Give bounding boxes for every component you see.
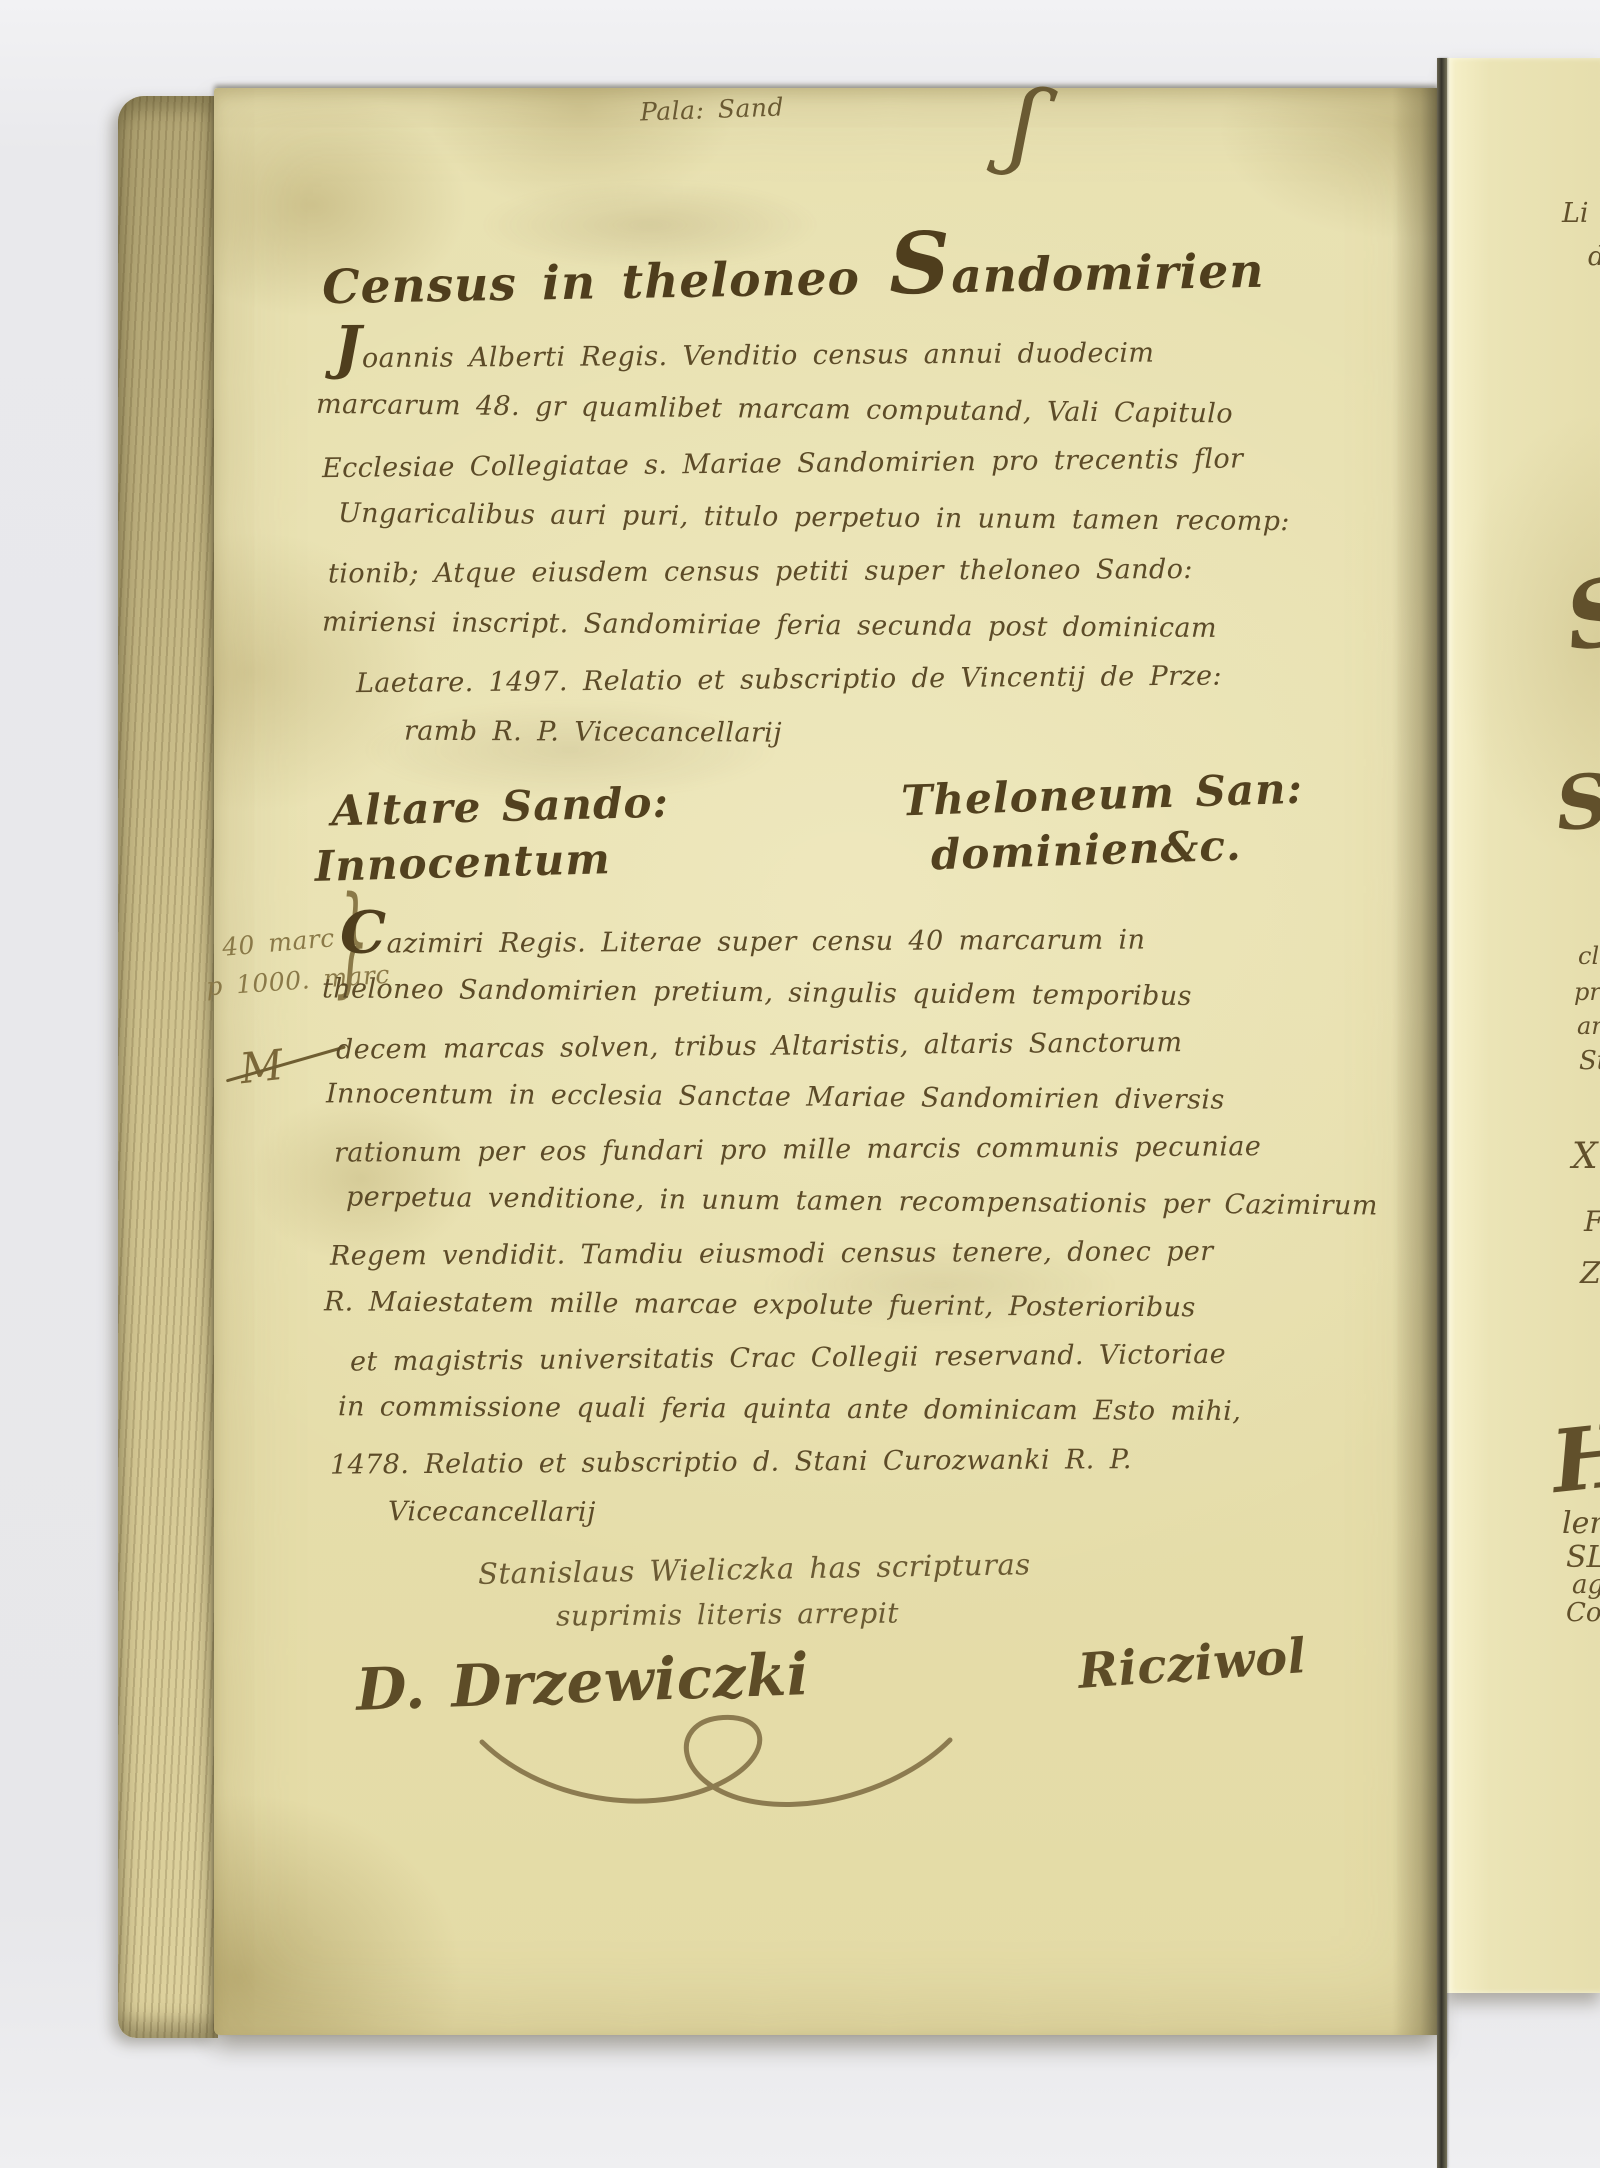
next-page-fragment: Z	[1580, 1256, 1600, 1291]
heading-theloneum: Theloneum San: dominien&c.	[900, 764, 1305, 881]
next-page-fragment: d	[1588, 242, 1600, 272]
next-page-fragment: X	[1572, 1136, 1598, 1177]
next-page-fragment: ag	[1572, 1570, 1600, 1600]
entry-line: Ungaricalibus auri puri, titulo perpetuo…	[338, 487, 1290, 549]
next-page-fragment: cla	[1578, 942, 1600, 970]
entry-line: Vicecancellarij	[388, 1486, 1378, 1541]
entry-line: rationum per eos fundari pro mille marci…	[334, 1120, 1378, 1179]
gutter-shadow	[1392, 88, 1438, 2035]
entry-line: Regem vendidit. Tamdiu eiusmodi census t…	[330, 1225, 1378, 1282]
closing-note-line2: suprimis literis arrepit	[556, 1597, 899, 1633]
entry-line: Joannis Alberti Regis. Venditio census a…	[334, 319, 1290, 387]
entry-line: Laetare. 1497. Relatio et subscriptio de…	[356, 649, 1290, 711]
entry-line: ramb R. P. Vicecancellarij	[404, 705, 1290, 764]
entry-line: tionib; Atque eiusdem census petiti supe…	[328, 542, 1290, 601]
entry-line: in commissione quali feria quinta ante d…	[338, 1381, 1378, 1438]
entry-line: Ecclesiae Collegiatae s. Mariae Sandomir…	[322, 432, 1290, 496]
photo-backdrop: Pala: Sand ʃ Census in theloneo Sandomir…	[0, 0, 1600, 2168]
entry-line: et magistris universitatis Crac Collegii…	[350, 1328, 1378, 1389]
entry-line: 1478. Relatio et subscriptio d. Stani Cu…	[330, 1432, 1378, 1491]
signature-flourish	[468, 1706, 968, 1816]
entry-line: Cazimiri Regis. Literae super censu 40 m…	[340, 905, 1378, 970]
header-annotation: Pala: Sand	[640, 92, 785, 126]
entry-line: R. Maiestatem mille marcae expolute fuer…	[324, 1276, 1378, 1335]
next-page-fragment: am	[1577, 1012, 1600, 1040]
next-page-fragment: S	[1552, 758, 1600, 848]
next-page-fragment: pro	[1574, 978, 1600, 1006]
entry-cazimiri: Cazimiri Regis. Literae super censu 40 m…	[322, 908, 1378, 1540]
next-page-fragment: St	[1579, 1046, 1600, 1076]
entry-line: theloneo Sandomirien pretium, singulis q…	[322, 963, 1378, 1024]
margin-strikeout-m: M	[238, 1040, 286, 1093]
entry-line: miriensi inscript. Sandomiriae feria sec…	[322, 596, 1290, 657]
page-title-part2: Sandomirien	[888, 228, 1264, 306]
heading-altare: Altare Sando: Innocentum	[331, 778, 671, 891]
page-edge-stack	[118, 96, 218, 2038]
entry-line: Innocentum in ecclesia Sanctae Mariae Sa…	[326, 1068, 1378, 1127]
next-page-fragment: F	[1584, 1205, 1600, 1238]
next-page-fragment: len	[1562, 1506, 1600, 1541]
entry-joannis-alberti: Joannis Alberti Regis. Venditio census a…	[312, 322, 1290, 761]
page-title-part1: Census in theloneo	[322, 251, 861, 315]
heading-altare-line1: Altare Sando:	[331, 778, 670, 836]
next-page-fragment: Li	[1562, 198, 1589, 229]
next-page-fragment: H	[1547, 1404, 1600, 1513]
entry-line: decem marcas solven, tribus Altaristis, …	[336, 1015, 1378, 1076]
next-page-fragment: Co	[1566, 1598, 1600, 1628]
entry-line: perpetua venditione, in unum tamen recom…	[346, 1171, 1378, 1232]
page-divider-strip	[1437, 58, 1447, 2168]
